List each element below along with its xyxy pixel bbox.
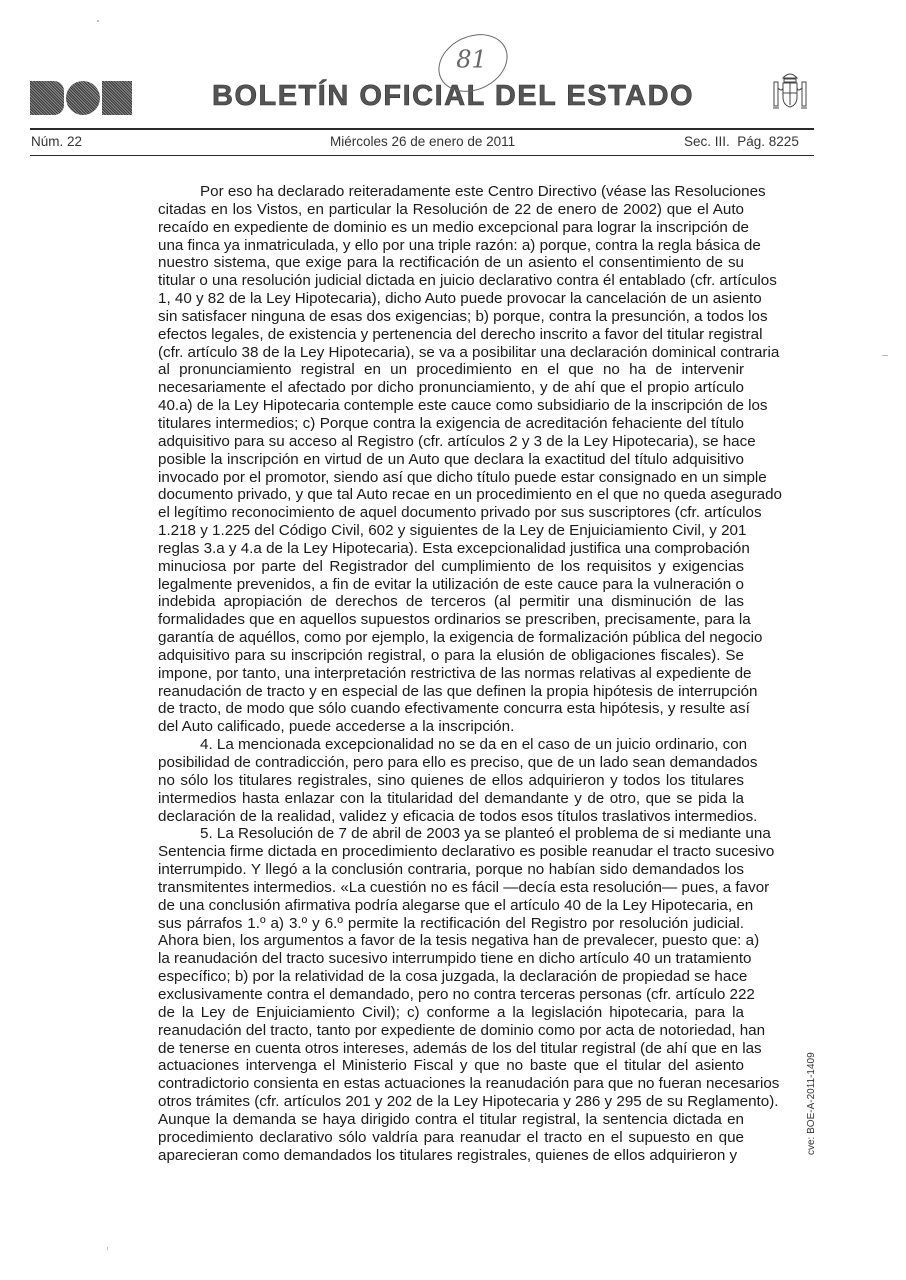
text-line: titulares intermedios; c) Porque contra …: [158, 415, 744, 433]
text-line: de la Ley de Enjuiciamiento Civil); c) c…: [158, 1004, 744, 1022]
text-line: interrumpido. Y llegó a la conclusión co…: [158, 861, 744, 879]
text-line: al pronunciamiento registral en un proce…: [158, 361, 744, 379]
text-line: Aunque la demanda se haya dirigido contr…: [158, 1111, 744, 1129]
text-line: reanudación de tracto y en especial de l…: [158, 683, 744, 701]
cve-identifier: cve: BOE-A-2011-1409: [806, 1052, 817, 1155]
text-line: efectos legales, de existencia y pertene…: [158, 326, 744, 344]
text-line: aparecieran como demandados los titulare…: [158, 1147, 744, 1165]
paragraph-reasoning: Por eso ha declarado reiteradamente este…: [158, 183, 744, 736]
text-line: sin satisfacer ninguna de esas dos exige…: [158, 308, 744, 326]
text-line: otros trámites (cfr. artículos 201 y 202…: [158, 1093, 744, 1111]
text-line: citadas en los Vistos, en particular la …: [158, 201, 744, 219]
paragraph-5: 5. La Resolución de 7 de abril de 2003 y…: [158, 825, 744, 1164]
text-line: exclusivamente contra el demandado, pero…: [158, 986, 744, 1004]
logo-letter-b: [30, 81, 64, 115]
text-line: la reanudación del tracto sucesivo inter…: [158, 950, 744, 968]
issue-number: Núm. 22: [31, 134, 82, 149]
text-line: procedimiento declarativo sólo valdría p…: [158, 1129, 744, 1147]
text-line: 1.218 y 1.225 del Código Civil, 602 y si…: [158, 522, 744, 540]
text-line: del Auto calificado, puede accederse a l…: [158, 718, 744, 736]
text-line: posibilidad de contradicción, pero para …: [158, 754, 744, 772]
text-line: (cfr. artículo 38 de la Ley Hipotecaria)…: [158, 344, 744, 362]
text-line: declaración de la realidad, validez y ef…: [158, 808, 744, 826]
coat-of-arms-icon: [770, 68, 810, 116]
text-line: contradictorio consienta en estas actuac…: [158, 1075, 744, 1093]
text-line: recaído en expediente de dominio es un m…: [158, 219, 744, 237]
boe-logo: [30, 80, 135, 116]
scan-speck: [882, 355, 888, 356]
logo-letter-e: [102, 81, 132, 115]
text-line: posible la inscripción en virtud de un A…: [158, 451, 744, 469]
text-line: de tenerse en cuenta otros intereses, ad…: [158, 1040, 744, 1058]
text-line: formalidades que en aquellos supuestos o…: [158, 611, 744, 629]
text-line: adquisitivo para su inscripción registra…: [158, 647, 744, 665]
text-line: titular o una resolución judicial dictad…: [158, 272, 744, 290]
text-line: minuciosa por parte del Registrador del …: [158, 558, 744, 576]
text-line: indebida apropiación de derechos de terc…: [158, 593, 744, 611]
text-line: el legítimo reconocimiento de aquel docu…: [158, 504, 744, 522]
text-line: actuaciones intervenga el Ministerio Fis…: [158, 1057, 744, 1075]
text-line: legalmente prevenidos, a fin de evitar l…: [158, 576, 744, 594]
text-line: 1, 40 y 82 de la Ley Hipotecaria), dicho…: [158, 290, 744, 308]
text-line: documento privado, y que tal Auto recae …: [158, 486, 744, 504]
text-line: nuestro sistema, que exige para la recti…: [158, 254, 744, 272]
text-line: impone, por tanto, una interpretación re…: [158, 665, 744, 683]
text-line: 40.a) de la Ley Hipotecaria contemple es…: [158, 397, 744, 415]
text-line: Por eso ha declarado reiteradamente este…: [158, 183, 744, 201]
text-line: de una conclusión afirmativa podría aleg…: [158, 897, 744, 915]
text-line: sus párrafos 1.º a) 3.º y 6.º permite la…: [158, 915, 744, 933]
text-line: Ahora bien, los argumentos a favor de la…: [158, 932, 744, 950]
header-top-rule: [30, 128, 814, 130]
issue-date: Miércoles 26 de enero de 2011: [330, 134, 515, 149]
text-line: intermedios hasta enlazar con la titular…: [158, 790, 744, 808]
scan-speck: [107, 1247, 108, 1250]
text-line: Sentencia firme dictada en procedimiento…: [158, 843, 744, 861]
text-line: adquisitivo para su acceso al Registro (…: [158, 433, 744, 451]
text-line: reanudación del tracto, tanto por expedi…: [158, 1022, 744, 1040]
text-line: de tracto, de modo que sólo cuando efect…: [158, 700, 744, 718]
logo-letter-o-seal: [66, 81, 100, 115]
text-line: no sólo los titulares registrales, sino …: [158, 772, 744, 790]
text-line: 4. La mencionada excepcionalidad no se d…: [158, 736, 744, 754]
scan-speck: [97, 20, 99, 22]
text-line: necesariamente el afectado por dicho pro…: [158, 379, 744, 397]
section-page: Sec. III. Pág. 8225: [684, 134, 799, 149]
text-line: específico; b) por la relatividad de la …: [158, 968, 744, 986]
paragraph-4: 4. La mencionada excepcionalidad no se d…: [158, 736, 744, 825]
text-line: una finca ya inmatriculada, y ello por u…: [158, 237, 744, 255]
text-line: 5. La Resolución de 7 de abril de 2003 y…: [158, 825, 744, 843]
handwritten-number: 81: [456, 45, 487, 73]
text-line: garantía de aquéllos, como por ejemplo, …: [158, 629, 744, 647]
text-line: transmitentes intermedios. «La cuestión …: [158, 879, 744, 897]
document-body: Por eso ha declarado reiteradamente este…: [158, 183, 744, 1164]
text-line: reglas 3.a y 4.a de la Ley Hipotecaria).…: [158, 540, 744, 558]
text-line: invocado por el promotor, siendo así que…: [158, 469, 744, 487]
header-bottom-rule: [30, 155, 814, 156]
